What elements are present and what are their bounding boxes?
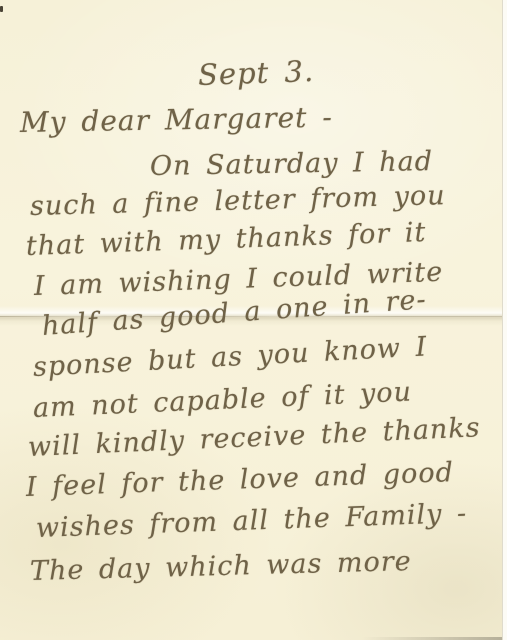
scanner-edge-strip	[502, 0, 507, 640]
letter-body-line: such a fine letter from you	[30, 180, 446, 222]
letter-body-line: wishes from all the Family -	[35, 498, 467, 544]
letter-body-line: sponse but as you know I	[32, 331, 428, 383]
letter-page: Sept 3. My dear Margaret - On Saturday I…	[0, 0, 507, 640]
paper-edge-speck	[0, 6, 3, 12]
letter-date: Sept 3.	[197, 54, 314, 92]
letter-body-line: that with my thanks for it	[25, 217, 426, 262]
letter-body-line: I feel for the love and good	[25, 457, 454, 503]
letter-salutation: My dear Margaret -	[20, 101, 333, 139]
letter-body-line: The day which was more	[30, 546, 412, 587]
letter-body-line: On Saturday I had	[150, 146, 434, 182]
